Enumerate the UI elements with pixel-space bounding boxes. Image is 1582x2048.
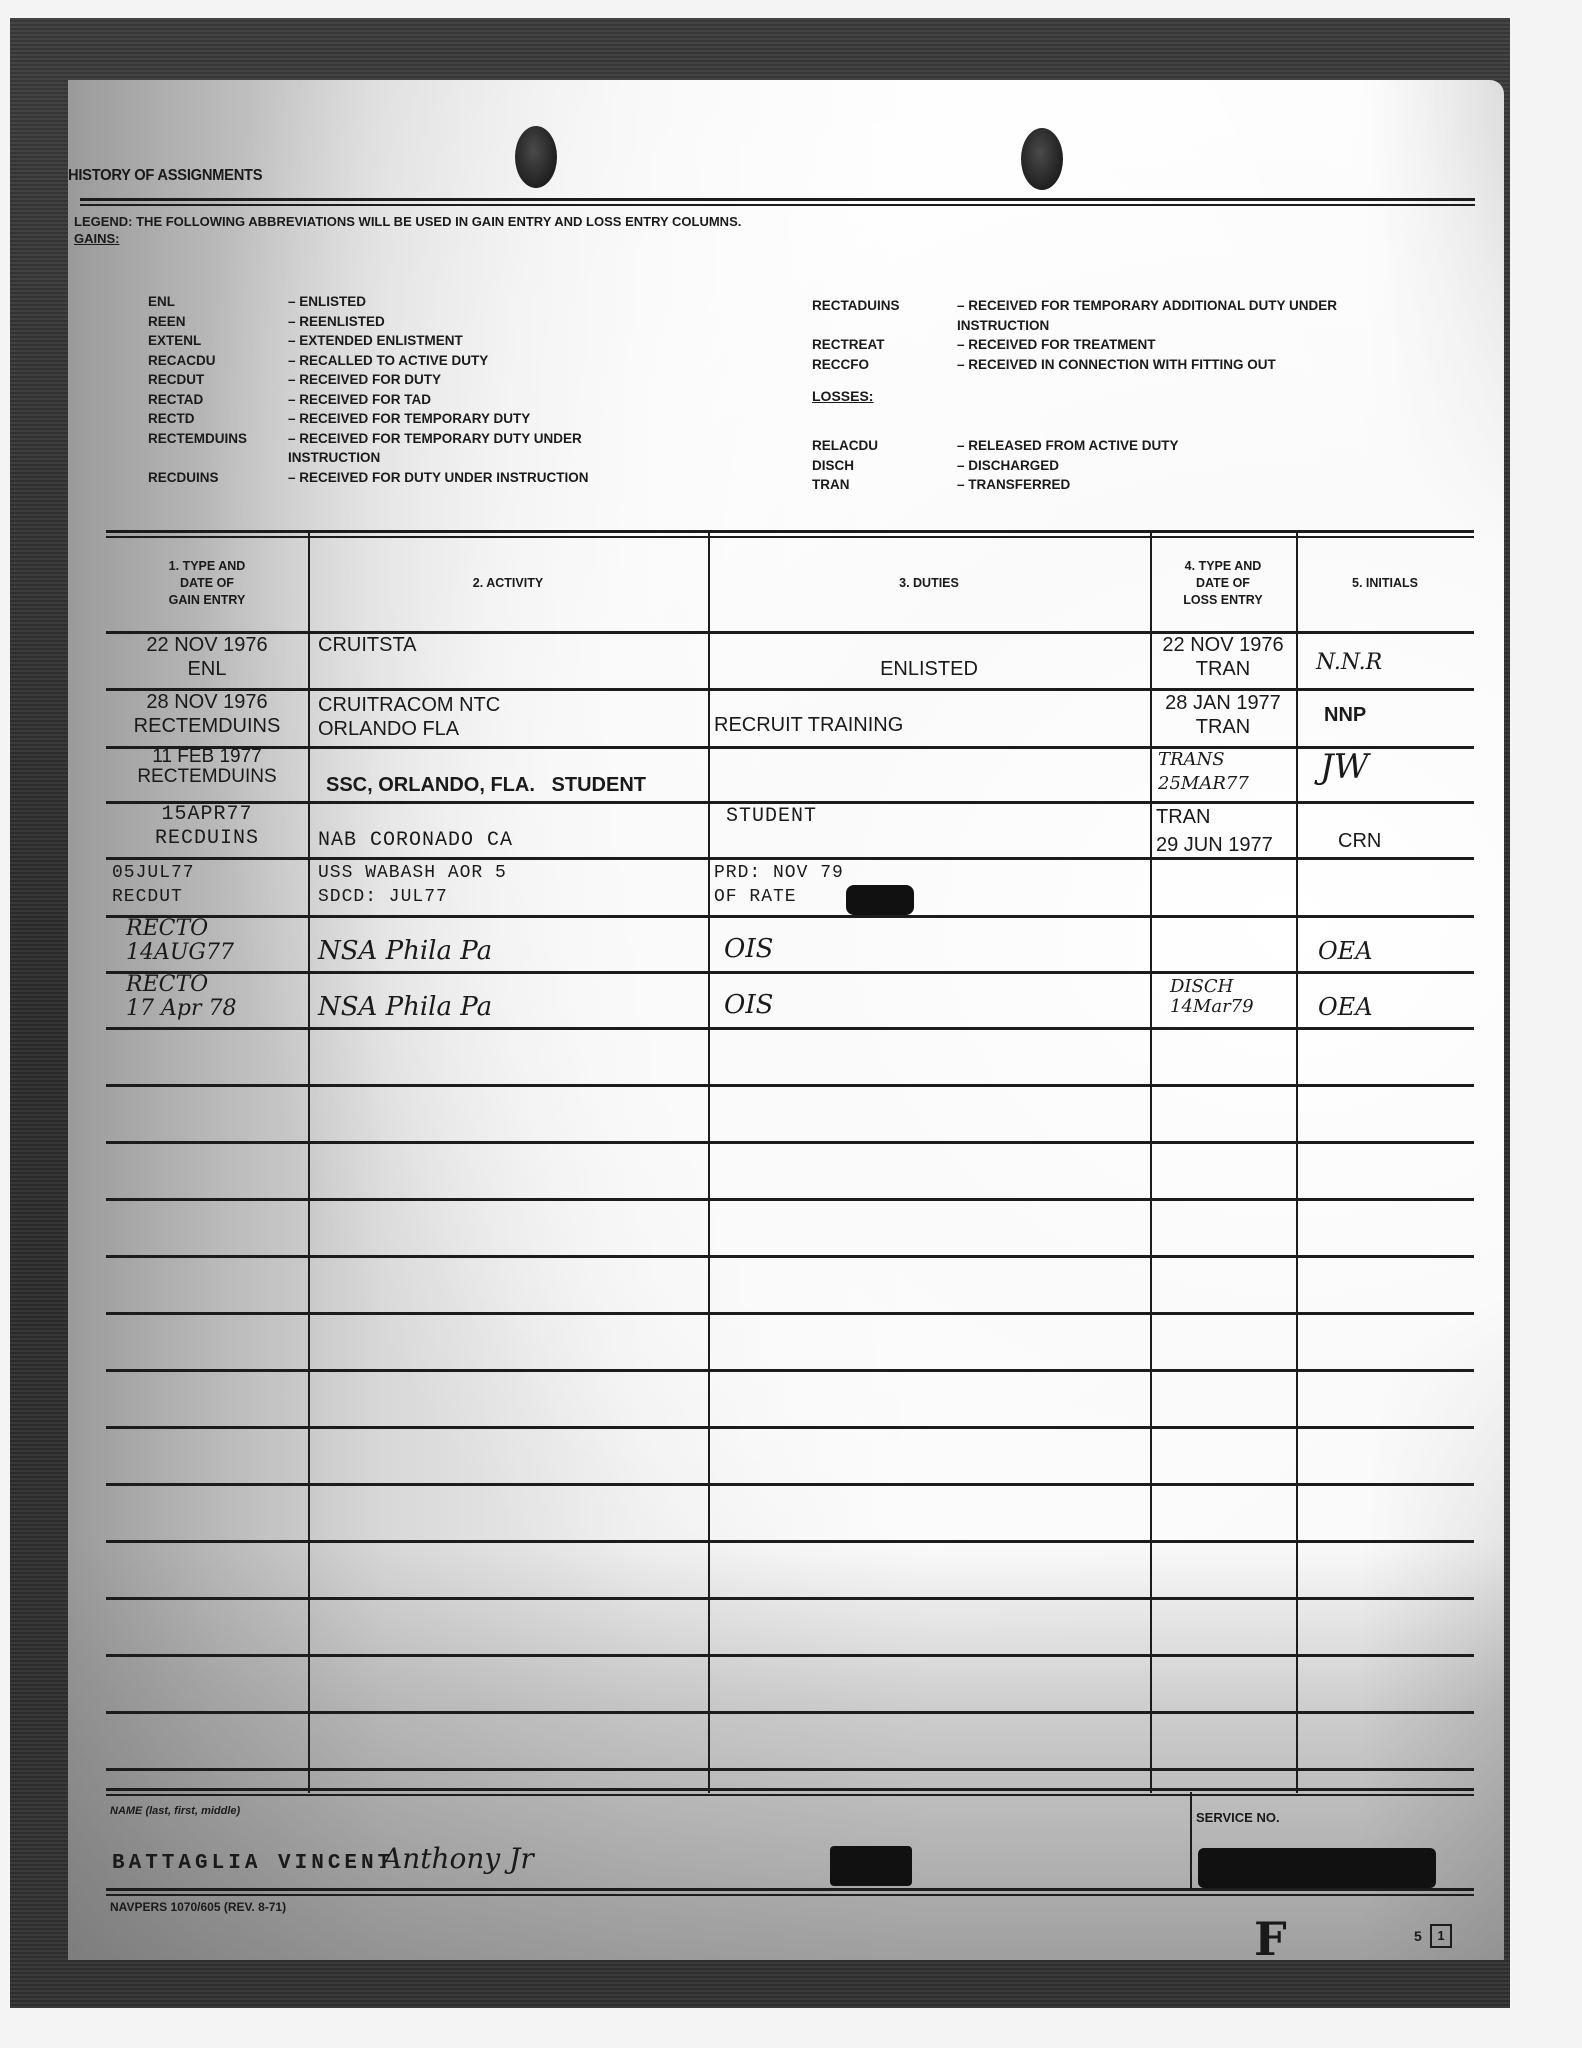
row-divider [106,971,1474,974]
legend-def: – RECEIVED FOR TEMPORARY DUTY [288,409,530,429]
row7-duties: OIS [724,993,773,1017]
name-label: NAME (last, first, middle) [110,1805,240,1817]
row-divider [106,1255,1474,1258]
legend-abbr: ENL [148,292,288,312]
legend-def: – RECEIVED FOR DUTY UNDER INSTRUCTION [288,468,589,488]
row7-initials: OEA [1318,995,1373,1019]
row6-gain: RECTO 14AUG77 [126,917,234,965]
legend-item: RECTD– RECEIVED FOR TEMPORARY DUTY [148,409,589,429]
row5-gain: 05JUL77 RECDUT [112,861,195,909]
legend-abbr: RECDUINS [148,468,288,488]
row6-duties: OIS [724,937,773,961]
service-no-label: SERVICE NO. [1196,1810,1280,1825]
row-divider [106,1141,1474,1144]
legend-def: – REENLISTED [288,312,385,332]
legend-item: RELACDU– RELEASED FROM ACTIVE DUTY [812,436,1179,456]
legend-def: – RECEIVED FOR TAD [288,390,431,410]
legend-item: RECTAD– RECEIVED FOR TAD [148,390,589,410]
legend-def: INSTRUCTION [288,448,380,468]
row5-activity: USS WABASH AOR 5 SDCD: JUL77 [318,861,507,909]
row-divider [106,1312,1474,1315]
title-rule [80,198,1475,206]
row6-initials: OEA [1318,939,1373,963]
gains-heading: GAINS: [74,231,120,246]
row1-activity: CRUITSTA [318,633,417,657]
row-divider [106,1540,1474,1543]
page-title: HISTORY OF ASSIGNMENTS [68,167,262,185]
legend-def: – EXTENDED ENLISTMENT [288,331,463,351]
row3-loss: TRANS 25MAR77 [1158,748,1249,796]
row2-gain: 28 NOV 1976 RECTEMDUINS [106,690,308,738]
legend-abbr: RECCFO [812,355,957,375]
legend-item: EXTENL– EXTENDED ENLISTMENT [148,331,589,351]
row-divider [106,1768,1474,1771]
losses-heading: LOSSES: [812,388,873,404]
name-value: BATTAGLIA VINCENT [112,1852,394,1875]
row3-initials: JW [1320,755,1369,779]
row-divider [106,1198,1474,1201]
row3-gain: 11 FEB 1977 RECTEMDUINS [106,747,308,787]
legend-def: – RECEIVED FOR TREATMENT [957,335,1156,355]
row3-activity: SSC, ORLANDO, FLA. STUDENT [326,773,646,797]
legend-abbr [812,316,957,336]
legend-def: – DISCHARGED [957,456,1059,476]
legend-item: RECDUT– RECEIVED FOR DUTY [148,370,589,390]
row5-duties: PRD: NOV 79 OF RATE [714,861,844,909]
legend-item: ENL– ENLISTED [148,292,589,312]
legend-def: – RECEIVED FOR TEMPORARY ADDITIONAL DUTY… [957,296,1337,316]
gains-legend-list-right: RECTADUINS– RECEIVED FOR TEMPORARY ADDIT… [812,296,1337,374]
form-number: NAVPERS 1070/605 (REV. 8-71) [110,1900,286,1914]
legend-def: INSTRUCTION [957,316,1049,336]
legend-abbr: RECTD [148,409,288,429]
legend-item: REEN– REENLISTED [148,312,589,332]
assignments-table: 1. TYPE AND DATE OF GAIN ENTRY 2. ACTIVI… [106,533,1474,1793]
legend-abbr: DISCH [812,456,957,476]
row-divider [106,1426,1474,1429]
name-handwritten: Anthony Jr [382,1842,534,1875]
row-divider [106,1369,1474,1372]
legend-abbr: RECDUT [148,370,288,390]
legend-def: – TRANSFERRED [957,475,1070,495]
footer-top-rule [106,1788,1474,1796]
legend-def: – RECEIVED FOR DUTY [288,370,441,390]
legend-item: INSTRUCTION [812,316,1337,336]
row7-loss: DISCH 14Mar79 [1170,977,1254,1017]
legend-abbr: RECTADUINS [812,296,957,316]
row4-initials: CRN [1338,829,1381,853]
row1-gain: 22 NOV 1976 ENL [106,633,308,681]
service-no-divider [1190,1792,1192,1888]
page-code: 5 [1414,1928,1422,1944]
footer-bottom-rule [106,1888,1474,1896]
gains-legend-list: ENL– ENLISTED REEN– REENLISTED EXTENL– E… [148,292,589,487]
header-duties: 3. DUTIES [708,541,1150,625]
page-mark: F [1254,1912,1287,1966]
header-initials: 5. INITIALS [1296,541,1474,625]
row7-activity: NSA Phila Pa [318,995,492,1019]
punch-hole-left [515,126,557,188]
row-divider [106,746,1474,749]
row4-gain: 15APR77 RECDUINS [106,803,308,851]
legend-item: RECCFO– RECEIVED IN CONNECTION WITH FITT… [812,355,1337,375]
legend-item: RECACDU– RECALLED TO ACTIVE DUTY [148,351,589,371]
header-gain-entry: 1. TYPE AND DATE OF GAIN ENTRY [106,541,308,625]
legend-abbr: RELACDU [812,436,957,456]
header-loss-entry: 4. TYPE AND DATE OF LOSS ENTRY [1150,541,1296,625]
legend-item: TRAN– TRANSFERRED [812,475,1179,495]
legend-item: RECTADUINS– RECEIVED FOR TEMPORARY ADDIT… [812,296,1337,316]
row2-duties: RECRUIT TRAINING [714,713,903,737]
legend-item: RECTEMDUINS– RECEIVED FOR TEMPORARY DUTY… [148,429,589,449]
legend-abbr: TRAN [812,475,957,495]
page-box: 1 [1430,1924,1452,1948]
legend-def: – RECALLED TO ACTIVE DUTY [288,351,488,371]
row4-activity: NAB CORONADO CA [318,829,513,853]
redaction-service-no [1198,1848,1436,1888]
losses-legend-list: RELACDU– RELEASED FROM ACTIVE DUTY DISCH… [812,436,1179,495]
col-divider [1296,533,1298,1793]
row4-loss: TRAN 29 JUN 1977 [1156,803,1273,859]
legend-item: RECTREAT– RECEIVED FOR TREATMENT [812,335,1337,355]
header-activity: 2. ACTIVITY [308,541,708,625]
row1-duties: ENLISTED [708,657,1150,681]
legend-abbr: RECTREAT [812,335,957,355]
row1-initials: N.N.R [1316,651,1382,675]
row2-activity: CRUITRACOM NTC ORLANDO FLA [318,693,500,741]
legend-abbr [148,448,288,468]
row-divider [106,1084,1474,1087]
row2-initials: NNP [1324,703,1366,727]
legend-abbr: RECTAD [148,390,288,410]
row-divider [106,915,1474,918]
legend-intro: LEGEND: THE FOLLOWING ABBREVIATIONS WILL… [74,214,741,229]
redaction-name [830,1846,912,1886]
row7-gain: RECTO 17 Apr 78 [126,973,236,1021]
row6-activity: NSA Phila Pa [318,939,492,963]
row-divider [106,1654,1474,1657]
legend-item: RECDUINS– RECEIVED FOR DUTY UNDER INSTRU… [148,468,589,488]
row-divider [106,1483,1474,1486]
legend-def: – RELEASED FROM ACTIVE DUTY [957,436,1179,456]
row4-duties: STUDENT [726,805,817,829]
legend-def: – RECEIVED IN CONNECTION WITH FITTING OU… [957,355,1276,375]
legend-abbr: REEN [148,312,288,332]
col-divider [308,533,310,1793]
row-divider [106,1711,1474,1714]
legend-item: INSTRUCTION [148,448,589,468]
legend-abbr: EXTENL [148,331,288,351]
row2-loss: 28 JAN 1977 TRAN [1150,691,1296,739]
row1-loss: 22 NOV 1976 TRAN [1150,633,1296,681]
row-divider [106,1027,1474,1030]
legend-def: – ENLISTED [288,292,366,312]
row-divider [106,1597,1474,1600]
legend-abbr: RECACDU [148,351,288,371]
legend-def: – RECEIVED FOR TEMPORARY DUTY UNDER [288,429,582,449]
redaction-rate [846,885,914,915]
legend-abbr: RECTEMDUINS [148,429,288,449]
punch-hole-right [1021,128,1063,190]
col-divider [708,533,710,1793]
legend-item: DISCH– DISCHARGED [812,456,1179,476]
